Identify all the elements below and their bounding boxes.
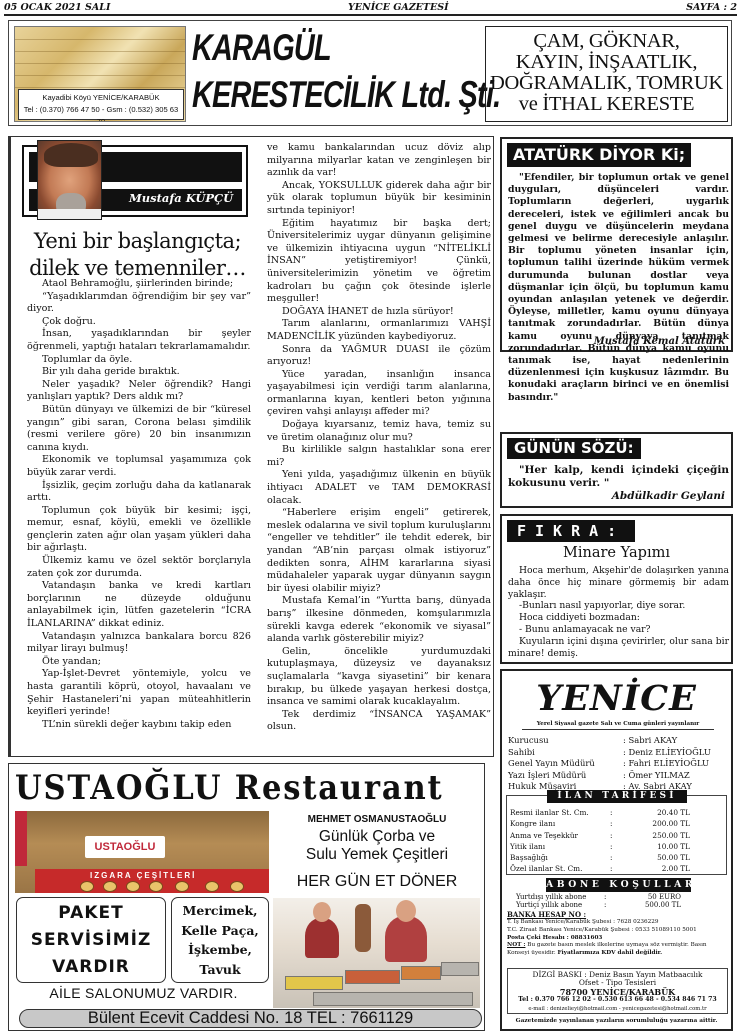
- masthead: 05 OCAK 2021 SALI YENİCE GAZETESİ SAYFA …: [4, 0, 737, 16]
- printing-info: DİZGİ BASKI : Deniz Basın Yayın Matbaacı…: [507, 968, 728, 1014]
- ataturk-quote: "Efendiler, bir toplumun ortak ve genel …: [508, 172, 729, 404]
- ad-rates-label: İLAN TARİFESİ: [547, 790, 687, 803]
- staff-role: Sahibi: [508, 747, 623, 759]
- paragraph: TL’nin sürekli değer kaybını takip eden: [27, 719, 251, 732]
- soup-item: Kelle Paça,: [172, 921, 268, 941]
- paragraph: Eğitim hayatımız bir başka dert; Ünivers…: [267, 218, 491, 306]
- responsibility-note: Gazetemizde yayınlanan yazıların sorumlu…: [502, 1018, 731, 1024]
- subscription-table: Yurtdışı yıllık abone:50 EURO Yurtiçi yı…: [516, 893, 716, 909]
- paragraph: İşsizlik, geçim zorluğu daha da katlanar…: [27, 480, 251, 505]
- menu-line: Günlük Çorba ve: [274, 828, 480, 846]
- paragraph: Bütün dünyayı ve ülkemizi de bir “kürese…: [27, 404, 251, 454]
- paragraph: ve kamu bankalarından ucuz döviz alıp mi…: [267, 142, 491, 180]
- article-column-right: ve kamu bankalarından ucuz döviz alıp mi…: [267, 142, 491, 734]
- rate-row: Kongre ilanı:200.00 TL: [510, 818, 722, 829]
- rate-item: Özel ilanlar St. Cm.: [510, 863, 610, 874]
- karagul-advertisement: Kayadibi Köyü YENİCE/KARABÜK Tel : (0.37…: [8, 20, 732, 126]
- product-line: KAYIN, İNŞAATLIK,: [486, 52, 727, 73]
- bank-line: T.C. Ziraat Bankası Yenice/Karabük Şubes…: [507, 927, 729, 935]
- paragraph: Öte yandan;: [27, 656, 251, 669]
- rate-sep: :: [610, 841, 632, 852]
- bank-line: Posta Çeki Hesabı : 08831603: [507, 935, 729, 943]
- family-lounge: AİLE SALONUMUZ VARDIR.: [16, 985, 271, 1001]
- ad-rates-box: İLAN TARİFESİ Resmi ilanlar St. Cm.:20.4…: [506, 795, 727, 875]
- issue-date: 05 OCAK 2021 SALI: [4, 2, 110, 13]
- rate-price: 2.00 TL: [632, 863, 690, 874]
- paragraph: Ülkemiz kamu ve özel sektör borçlarıyla …: [27, 555, 251, 580]
- quote-text: "Efendiler, bir toplumun ortak ve genel …: [508, 172, 729, 404]
- lumber-photo: Kayadibi Köyü YENİCE/KARABÜK Tel : (0.37…: [14, 26, 186, 122]
- soup-item: Mercimek,: [172, 901, 268, 921]
- opinion-article: Mustafa KÜPÇÜ Yeni bir başlangıçta; dile…: [8, 136, 494, 757]
- staff-name: : Sabri AKAY: [623, 735, 677, 747]
- headline-line: Yeni bir başlangıçta;: [25, 228, 250, 255]
- rate-sep: :: [610, 818, 632, 829]
- rate-item: Anma ve Teşekkür: [510, 830, 610, 841]
- subscription-sep: :: [604, 893, 626, 901]
- staff-row: Yazı İşleri Müdürü: Ömer YILMAZ: [508, 770, 728, 782]
- staff-row: Genel Yayın Müdürü: Fahri ELİEYİOĞLU: [508, 758, 728, 770]
- note-bold: Fiyatlarımıza KDV dahil değildir.: [557, 950, 662, 956]
- anecdote-box: FIKRA: Minare Yapımı Hoca merhum, Akşehi…: [500, 514, 733, 664]
- printing-phone: Tel : 0.370 766 12 02 - 0.530 613 66 48 …: [508, 996, 727, 1004]
- rate-sep: :: [610, 863, 632, 874]
- subscription-label: ABONE KOŞULLARI: [546, 878, 691, 892]
- paragraph: Toplumun çok büyük bir kesimi; işçi, mem…: [27, 505, 251, 555]
- delivery-line: SERVİSİMİZ: [17, 927, 165, 954]
- subscription-row: Yurtiçi yıllık abone:500.00 TL: [516, 901, 716, 909]
- paragraph: Neler yaşadık? Neler öğrendik? Hangi yan…: [27, 379, 251, 404]
- paper-name: YENİCE GAZETESİ: [348, 2, 449, 13]
- menu-description: Günlük Çorba ve Sulu Yemek Çeşitleri: [274, 828, 480, 864]
- paragraph: Vatandaşın yalnızca bankalara borcu 826 …: [27, 631, 251, 656]
- company-name-line2: KERESTECİLİK Ltd. Şti.: [192, 71, 500, 119]
- article-column-left: Ataol Behramoğlu, şiirlerinden birinde; …: [27, 278, 251, 731]
- paragraph: Yeni yılda, yaşadığımız ülkenin en büyük…: [267, 469, 491, 507]
- ataturk-signature: Mustafa Kemal Atatürk: [594, 336, 725, 347]
- staff-row: Kurucusu: Sabri AKAY: [508, 735, 728, 747]
- rate-item: Resmi ilanlar St. Cm.: [510, 807, 610, 818]
- paragraph: Bu kirlilikle salgın hastalıklar sona er…: [267, 444, 491, 469]
- quote-of-the-day-text: "Her kalp, kendi içindeki çiçeğin kokusu…: [508, 464, 729, 490]
- subscription-item: Yurtiçi yıllık abone: [516, 901, 604, 909]
- anecdote-text: Hoca merhum, Akşehir'de dolaşırken yanın…: [508, 565, 729, 659]
- staff-name: : Deniz ELİEYİOĞLU: [623, 747, 711, 759]
- staff-role: Yazı İşleri Müdürü: [508, 770, 623, 782]
- paragraph: DOĞAYA İHANET de hızla sürüyor!: [267, 306, 491, 319]
- rate-price: 200.00 TL: [632, 818, 690, 829]
- paragraph: Ekonomik ve toplumsal yaşamımıza çok büy…: [27, 454, 251, 479]
- anecdote-title: Minare Yapımı: [502, 545, 731, 561]
- product-list: ÇAM, GÖKNAR, KAYIN, İNŞAATLIK, DOĞRAMALI…: [485, 26, 728, 122]
- ustaoglu-restaurant-advertisement: USTAOĞLU Restaurant USTAOĞLU IZGARA ÇEŞİ…: [8, 763, 485, 1031]
- paragraph: İnsan, yaşadıklarından bir şeyler öğrenm…: [27, 328, 251, 353]
- author-photo: [37, 140, 102, 220]
- delivery-service-box: PAKET SERVİSİMİZ VARDIR: [16, 897, 166, 983]
- staff-row: Sahibi: Deniz ELİEYİOĞLU: [508, 747, 728, 759]
- delivery-line: VARDIR: [17, 954, 165, 981]
- paragraph: Tarım alanlarını, ormanlarımızı VAHŞİ MA…: [267, 318, 491, 343]
- paragraph: Bir yılı daha geride bıraktık.: [27, 366, 251, 379]
- paragraph: Toplumlar da öyle.: [27, 354, 251, 367]
- ataturk-label: ATATÜRK DİYOR Ki;: [507, 143, 691, 167]
- restaurant-counter-photo: [273, 898, 480, 1008]
- subscription-sep: :: [604, 901, 626, 909]
- restaurant-storefront-photo: USTAOĞLU IZGARA ÇEŞİTLERİ: [15, 811, 269, 893]
- paragraph: Ataol Behramoğlu, şiirlerinden birinde;: [27, 278, 251, 291]
- rate-price: 10.00 TL: [632, 841, 690, 852]
- staff-name: : Fahri ELİEYİOĞLU: [623, 758, 709, 770]
- subscription-price: 50 EURO: [626, 893, 681, 901]
- newspaper-imprint: YENİCE Yerel Siyasal gazete Salı ve Cuma…: [500, 669, 733, 1031]
- rate-item: Başsağlığı: [510, 852, 610, 863]
- paragraph: Yüce yaradan, insanlığın insanca yaşayab…: [267, 369, 491, 419]
- rate-sep: :: [610, 830, 632, 841]
- rate-item: Yitik ilanı: [510, 841, 610, 852]
- daily-doner: HER GÜN ET DÖNER: [274, 873, 480, 891]
- paragraph: Ancak, YOKSULLUK giderek daha ağır bir y…: [267, 180, 491, 218]
- company-phone: Tel : (0.370) 766 47 50 - Gsm : (0.532) …: [19, 104, 183, 122]
- lumber-caption: Kayadibi Köyü YENİCE/KARABÜK Tel : (0.37…: [18, 89, 184, 120]
- bank-accounts: BANKA HESAP NO : T. İş Bankası Yenice/Ka…: [507, 911, 729, 958]
- paragraph: Kuyuların içini dışına çevirirler, olur …: [508, 636, 729, 660]
- printing-line: 78700 YENİCE/KARABÜK: [508, 988, 727, 996]
- soup-item: Tavuk: [172, 960, 268, 980]
- paragraph: “Yaşadıklarımdan öğrendiğim bir şey var”…: [27, 291, 251, 316]
- restaurant-title: USTAOĞLU Restaurant: [15, 766, 434, 810]
- subscription-price: 500.00 TL: [626, 901, 681, 909]
- delivery-line: PAKET: [17, 900, 165, 927]
- paragraph: “Haberlere erişim engeli” getirerek, mes…: [267, 507, 491, 595]
- author-name: Mustafa KÜPÇÜ: [129, 191, 233, 205]
- staff-list: Kurucusu: Sabri AKAY Sahibi: Deniz ELİEY…: [508, 735, 728, 793]
- menu-line: Sulu Yemek Çeşitleri: [274, 846, 480, 864]
- paragraph: Hoca ciddiyeti bozmadan:: [508, 612, 729, 624]
- rate-row: Resmi ilanlar St. Cm.:20.40 TL: [510, 807, 722, 818]
- bank-title: BANKA HESAP NO :: [507, 911, 729, 919]
- paragraph: Çok doğru.: [27, 316, 251, 329]
- rate-price: 20.40 TL: [632, 807, 690, 818]
- quote-of-the-day-author: Abdülkadir Geylani: [612, 490, 725, 502]
- product-line: ve İTHAL KERESTE: [486, 94, 727, 115]
- paragraph: Mustafa Kemal’in “Yurtta barış, dünyada …: [267, 595, 491, 645]
- product-line: DOĞRAMALIK, TOMRUK: [486, 73, 727, 94]
- rate-price: 50.00 TL: [632, 852, 690, 863]
- bank-line: T. İş Bankası Yenice/Karabük Şubesi : 76…: [507, 919, 729, 927]
- soup-item: İşkembe,: [172, 940, 268, 960]
- printing-email: e-mail : denizelieyi@hotmail.com - yenic…: [508, 1005, 727, 1013]
- quote-of-the-day-label: GÜNÜN SÖZÜ:: [507, 438, 641, 459]
- paragraph: Gelin, öncelikle yurdumuzdaki kutuplaşma…: [267, 646, 491, 709]
- rate-row: Başsağlığı:50.00 TL: [510, 852, 722, 863]
- rate-price: 250.00 TL: [632, 830, 690, 841]
- press-note: NOT : Bu gazete basın meslek ilkelerine …: [507, 942, 729, 958]
- paragraph: Hoca merhum, Akşehir'de dolaşırken yanın…: [508, 565, 729, 600]
- paragraph: Sonra da YAĞMUR DUASI ile çözüm arıyoruz…: [267, 344, 491, 369]
- owner-name: MEHMET OSMANUSTAOĞLU: [274, 814, 480, 825]
- paragraph: Vatandaşın banka ve kredi kartları borçl…: [27, 580, 251, 630]
- soup-list-box: Mercimek, Kelle Paça, İşkembe, Tavuk: [171, 897, 269, 983]
- subscription-row: Yurtdışı yıllık abone:50 EURO: [516, 893, 716, 901]
- anecdote-label: FIKRA:: [507, 520, 635, 542]
- yenice-subtitle: Yerel Siyasal gazete Salı ve Cuma günler…: [522, 721, 714, 730]
- ataturk-quote-box: ATATÜRK DİYOR Ki; "Efendiler, bir toplum…: [500, 137, 733, 352]
- paragraph: Yap-İşlet-Devret yöntemiyle, yolcu ve ha…: [27, 668, 251, 718]
- rate-row: Anma ve Teşekkür:250.00 TL: [510, 830, 722, 841]
- rate-row: Yitik ilanı:10.00 TL: [510, 841, 722, 852]
- staff-role: Genel Yayın Müdürü: [508, 758, 623, 770]
- paragraph: -Bunları nasıl yapıyorlar, diye sorar.: [508, 600, 729, 612]
- paragraph: - Bunu anlamayacak ne var?: [508, 624, 729, 636]
- note-label: NOT :: [507, 942, 525, 948]
- paragraph: Tek derdimiz “İNSANCA YAŞAMAK” olsun.: [267, 709, 491, 734]
- staff-name: : Ömer YILMAZ: [623, 770, 690, 782]
- article-headline: Yeni bir başlangıçta; dilek ve temennile…: [25, 228, 250, 282]
- rate-item: Kongre ilanı: [510, 818, 610, 829]
- rate-sep: :: [610, 852, 632, 863]
- yenice-logo: YENİCE: [502, 679, 731, 719]
- product-line: ÇAM, GÖKNAR,: [486, 31, 727, 52]
- ad-rates-table: Resmi ilanlar St. Cm.:20.40 TL Kongre il…: [510, 807, 722, 875]
- quote-of-the-day-box: GÜNÜN SÖZÜ: "Her kalp, kendi içindeki çi…: [500, 432, 733, 508]
- rate-row: Özel ilanlar St. Cm.:2.00 TL: [510, 863, 722, 874]
- page-number: SAYFA : 2: [686, 2, 737, 13]
- company-address: Kayadibi Köyü YENİCE/KARABÜK: [19, 92, 183, 104]
- paragraph: Doğaya kıyarsanız, temiz hava, temiz su …: [267, 419, 491, 444]
- restaurant-address: Bülent Ecevit Caddesi No. 18 TEL : 76611…: [19, 1009, 482, 1028]
- staff-role: Kurucusu: [508, 735, 623, 747]
- subscription-item: Yurtdışı yıllık abone: [516, 893, 604, 901]
- company-name-line1: KARAGÜL: [192, 24, 331, 72]
- storefront-sign: USTAOĞLU: [85, 836, 165, 858]
- rate-sep: :: [610, 807, 632, 818]
